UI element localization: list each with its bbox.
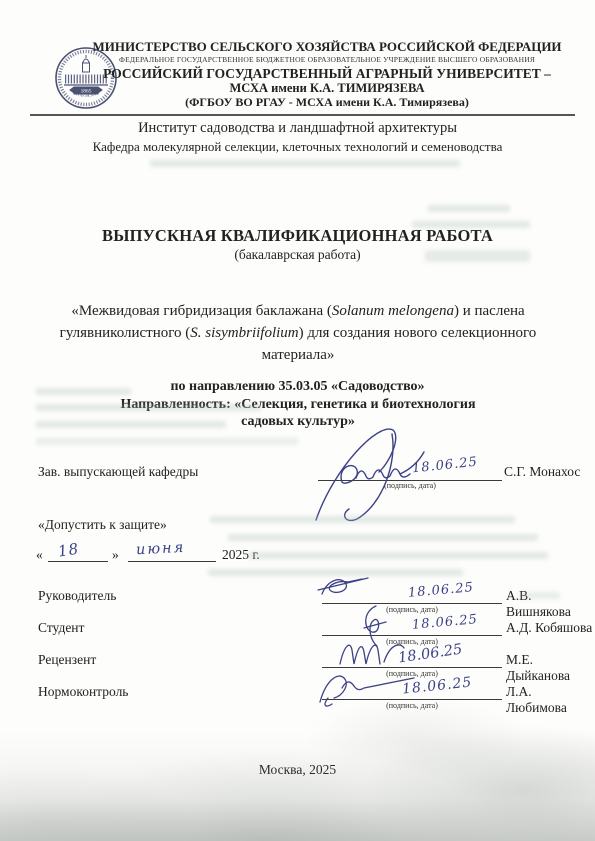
signature-ink [316,664,431,708]
city-year: Москва, 2025 [0,762,595,778]
bleedthrough-artifact [210,516,515,523]
bleedthrough-artifact [428,205,510,212]
signer-role: Руководитель [38,588,116,604]
bleedthrough-artifact [150,160,460,167]
header: МИНИСТЕРСТВО СЕЛЬСКОГО ХОЗЯЙСТВА РОССИЙС… [84,40,570,110]
bleedthrough-artifact [36,404,261,411]
bleedthrough-artifact [228,534,538,541]
university-name-line1: РОССИЙСКИЙ ГОСУДАРСТВЕННЫЙ АГРАРНЫЙ УНИВ… [84,66,570,82]
date-quote-open: « [36,547,43,563]
bleedthrough-artifact [520,592,560,599]
bleedthrough-artifact [412,221,530,228]
bleedthrough-artifact [208,569,463,576]
bleedthrough-artifact [36,421,226,428]
signature-ink [316,574,406,600]
department-name: Кафедра молекулярной селекции, клеточных… [0,139,595,155]
university-name-line2: МСХА имени К.А. ТИМИРЯЗЕВА [84,81,570,95]
signer-name: А.Д. Кобяшова [506,620,592,636]
admit-label: «Допустить к защите» [38,517,167,533]
work-type-title: ВЫПУСКНАЯ КВАЛИФИКАЦИОННАЯ РАБОТА [0,226,595,246]
head-of-dept-name: С.Г. Монахос [504,464,580,480]
date-quote-close: » [112,547,119,563]
thesis-title-text: «Межвидовая гибридизация баклажана ( [71,303,332,319]
latin-name-1: Solanum melongena [332,303,454,319]
signer-role: Нормоконтроль [38,684,128,700]
university-abbreviation: (ФГБОУ ВО РГАУ - МСХА имени К.А. Тимиряз… [84,96,570,110]
handwritten-month: июня [136,540,186,559]
bleedthrough-artifact [36,388,131,395]
institute-name: Институт садоводства и ландшафтной архит… [0,120,595,137]
thesis-title: «Межвидовая гибридизация баклажана (Sola… [28,300,568,366]
thesis-title-page: 1865 РГАУ-МСХА МИНИСТЕРСТВО СЕЛЬСКОГО ХО… [0,0,595,841]
head-signature-ink [300,420,470,525]
bleedthrough-artifact [36,438,298,445]
ministry-line: МИНИСТЕРСТВО СЕЛЬСКОГО ХОЗЯЙСТВА РОССИЙС… [84,40,570,55]
signer-name: Л.А. Любимова [506,684,595,716]
signer-name: М.Е. Дыйканова [506,652,595,684]
bleedthrough-artifact [248,552,548,559]
head-of-dept-label: Зав. выпускающей кафедры [38,464,198,480]
header-divider [30,114,575,116]
signer-role: Рецензент [38,652,96,668]
institution-type-line: ФЕДЕРАЛЬНОЕ ГОСУДАРСТВЕННОЕ БЮДЖЕТНОЕ ОБ… [84,56,570,65]
signer-role: Студент [38,620,84,636]
latin-name-2: S. sisymbriifolium [190,325,298,341]
handwritten-day: 18 [57,539,81,560]
bleedthrough-artifact [425,250,530,262]
